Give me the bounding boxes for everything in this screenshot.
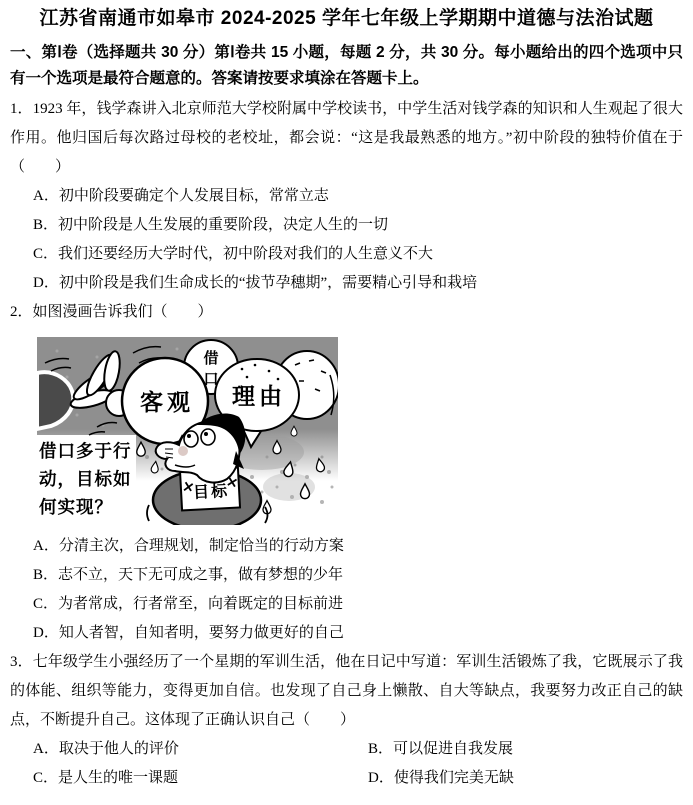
option-b: B．可以促进自我发展 xyxy=(345,735,683,764)
option-c: C．是人生的唯一课题 xyxy=(10,764,345,793)
question-1: 1．1923 年，钱学森讲入北京师范大学校附属中学校读书，中学生活对钱学森的知识… xyxy=(10,95,683,298)
question-1-options: A．初中阶段要确定个人发展目标，常常立志 B．初中阶段是人生发展的重要阶段，决定… xyxy=(10,182,683,298)
option-a: A．初中阶段要确定个人发展目标，常常立志 xyxy=(10,182,683,211)
option-d: D．使得我们完美无缺 xyxy=(345,764,683,793)
option-c: C．我们还要经历大学时代，初中阶段对我们的人生意义不大 xyxy=(10,240,683,269)
bubble-excuse-char1: 借 xyxy=(203,349,218,367)
bubble-reason-label: 理由 xyxy=(232,383,286,409)
question-text: 1923 年，钱学森讲入北京师范大学校附属中学校读书，中学生活对钱学森的知识和人… xyxy=(10,101,683,175)
question-number: 1． xyxy=(10,101,33,117)
bubble-objective-label: 客观 xyxy=(140,389,194,415)
option-a: A．取决于他人的评价 xyxy=(10,735,345,764)
question-2-options: A．分清主次，合理规划，制定恰当的行动方案 B．志不立，天下无可成之事，做有梦想… xyxy=(10,532,683,648)
cartoon-image: 借 口 xyxy=(37,337,338,525)
question-2-stem: 2．如图漫画告诉我们（ ） xyxy=(10,298,683,327)
option-a: A．分清主次，合理规划，制定恰当的行动方案 xyxy=(10,532,683,561)
caption-line-3: 何实现？ xyxy=(39,497,113,517)
goal-sign-label: 目标 xyxy=(193,482,230,502)
option-b: B．志不立，天下无可成之事，做有梦想的少年 xyxy=(10,561,683,590)
section-header: 一、第Ⅰ卷（选择题共 30 分）第Ⅰ卷共 15 小题，每题 2 分，共 30 分… xyxy=(10,40,683,92)
page-title: 江苏省南通市如皋市 2024-2025 学年七年级上学期期中道德与法治试题 xyxy=(10,6,683,31)
caption-line-2: 动，目标如 xyxy=(39,469,132,490)
option-b: B．初中阶段是人生发展的重要阶段，决定人生的一切 xyxy=(10,211,683,240)
question-3: 3．七年级学生小强经历了一个星期的军训生活，他在日记中写道：军训生活锻炼了我，它… xyxy=(10,648,683,793)
question-text: 七年级学生小强经历了一个星期的军训生活，他在日记中写道：军训生活锻炼了我，它既展… xyxy=(10,654,683,728)
question-2: 2．如图漫画告诉我们（ ） xyxy=(10,298,683,648)
question-1-stem: 1．1923 年，钱学森讲入北京师范大学校附属中学校读书，中学生活对钱学森的知识… xyxy=(10,95,683,182)
exam-document-page: 江苏省南通市如皋市 2024-2025 学年七年级上学期期中道德与法治试题 一、… xyxy=(0,0,693,805)
option-d: D．知人者智，自知者明，要努力做更好的自己 xyxy=(10,619,683,648)
option-c: C．为者常成，行者常至，向着既定的目标前进 xyxy=(10,590,683,619)
question-text: 如图漫画告诉我们（ ） xyxy=(33,304,213,320)
cartoon-illustration: 借 口 xyxy=(37,337,338,525)
question-3-options: A．取决于他人的评价 B．可以促进自我发展 C．是人生的唯一课题 D．使得我们完… xyxy=(10,735,683,793)
question-3-stem: 3．七年级学生小强经历了一个星期的军训生活，他在日记中写道：军训生活锻炼了我，它… xyxy=(10,648,683,735)
question-number: 2． xyxy=(10,304,33,320)
question-number: 3． xyxy=(10,654,33,670)
caption-line-1: 借口多于行 xyxy=(39,441,132,461)
option-d: D．初中阶段是我们生命成长的“拔节孕穗期”，需要精心引导和栽培 xyxy=(10,269,683,298)
